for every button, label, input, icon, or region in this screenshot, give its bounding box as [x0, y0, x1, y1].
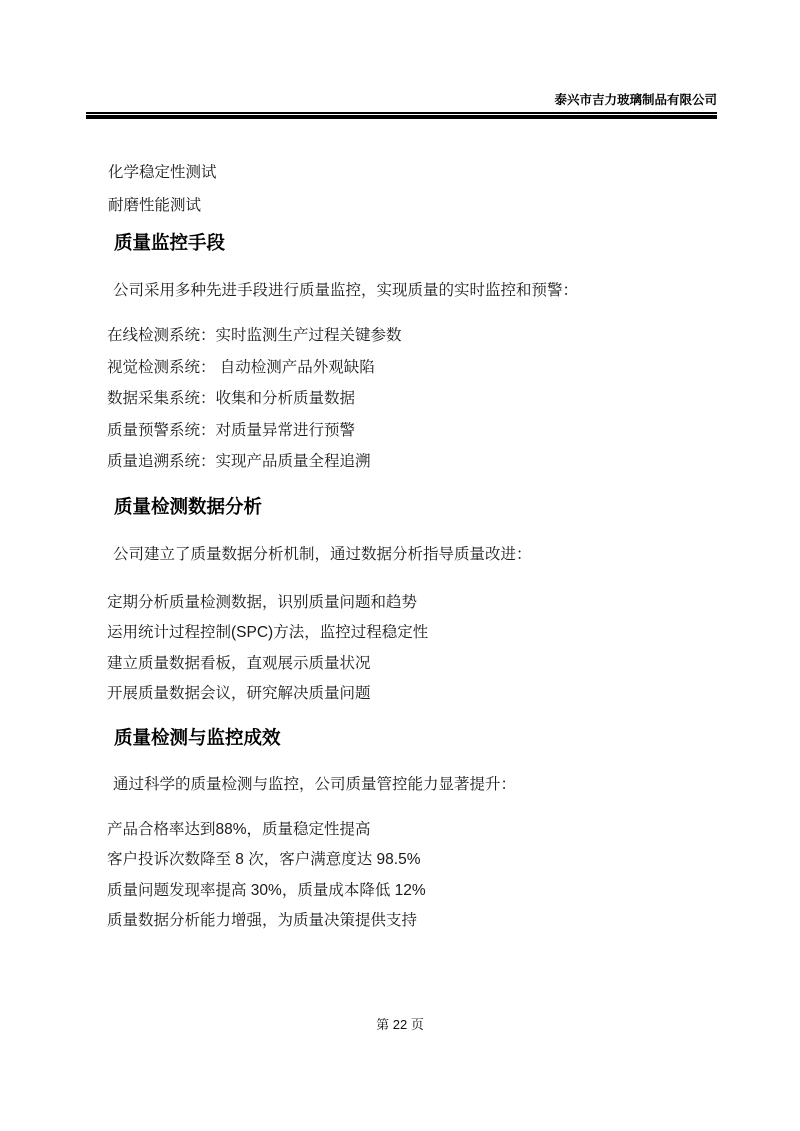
list-item: 质量追溯系统：实现产品质量全程追溯	[86, 446, 717, 478]
section-list: 产品合格率达到88%，质量稳定性提高 客户投诉次数降至 8 次，客户满意度达 9…	[86, 815, 717, 937]
list-item: 定期分析质量检测数据，识别质量问题和趋势	[86, 588, 717, 619]
section-heading-data-analysis: 质量检测数据分析	[86, 493, 717, 520]
list-item: 视觉检测系统： 自动检测产品外观缺陷	[86, 352, 717, 384]
test-item-line: 耐磨性能测试	[86, 189, 717, 222]
section-list: 定期分析质量检测数据，识别质量问题和趋势 运用统计过程控制(SPC)方法，监控过…	[86, 588, 717, 710]
list-item: 运用统计过程控制(SPC)方法，监控过程稳定性	[86, 618, 717, 649]
section-heading-results: 质量检测与监控成效	[86, 724, 717, 751]
page-number: 第 22 页	[376, 1017, 424, 1032]
list-item: 质量问题发现率提高 30%，质量成本降低 12%	[86, 876, 717, 907]
document-page: 泰兴市吉力玻璃制品有限公司 化学稳定性测试 耐磨性能测试 质量监控手段 公司采用…	[0, 0, 800, 1131]
test-items-group: 化学稳定性测试 耐磨性能测试	[86, 156, 717, 222]
test-item-line: 化学稳定性测试	[86, 156, 717, 189]
list-item: 质量预警系统：对质量异常进行预警	[86, 415, 717, 447]
list-item: 在线检测系统：实时监测生产过程关键参数	[86, 320, 717, 352]
page-footer: 第 22 页	[0, 1016, 800, 1034]
section-list: 在线检测系统：实时监测生产过程关键参数 视觉检测系统： 自动检测产品外观缺陷 数…	[86, 320, 717, 478]
document-body: 化学稳定性测试 耐磨性能测试 质量监控手段 公司采用多种先进手段进行质量监控，实…	[86, 0, 717, 937]
section-intro-paragraph: 公司采用多种先进手段进行质量监控，实现质量的实时监控和预警：	[86, 274, 717, 307]
section-intro-paragraph: 公司建立了质量数据分析机制，通过数据分析指导质量改进：	[86, 538, 717, 571]
list-item: 质量数据分析能力增强，为质量决策提供支持	[86, 906, 717, 937]
section-intro-paragraph: 通过科学的质量检测与监控，公司质量管控能力显著提升：	[86, 768, 717, 801]
list-item: 客户投诉次数降至 8 次，客户满意度达 98.5%	[86, 845, 717, 876]
list-item: 产品合格率达到88%，质量稳定性提高	[86, 815, 717, 846]
list-item: 开展质量数据会议，研究解决质量问题	[86, 679, 717, 710]
list-item: 数据采集系统：收集和分析质量数据	[86, 383, 717, 415]
section-heading-quality-monitoring: 质量监控手段	[86, 229, 717, 256]
list-item: 建立质量数据看板，直观展示质量状况	[86, 649, 717, 680]
